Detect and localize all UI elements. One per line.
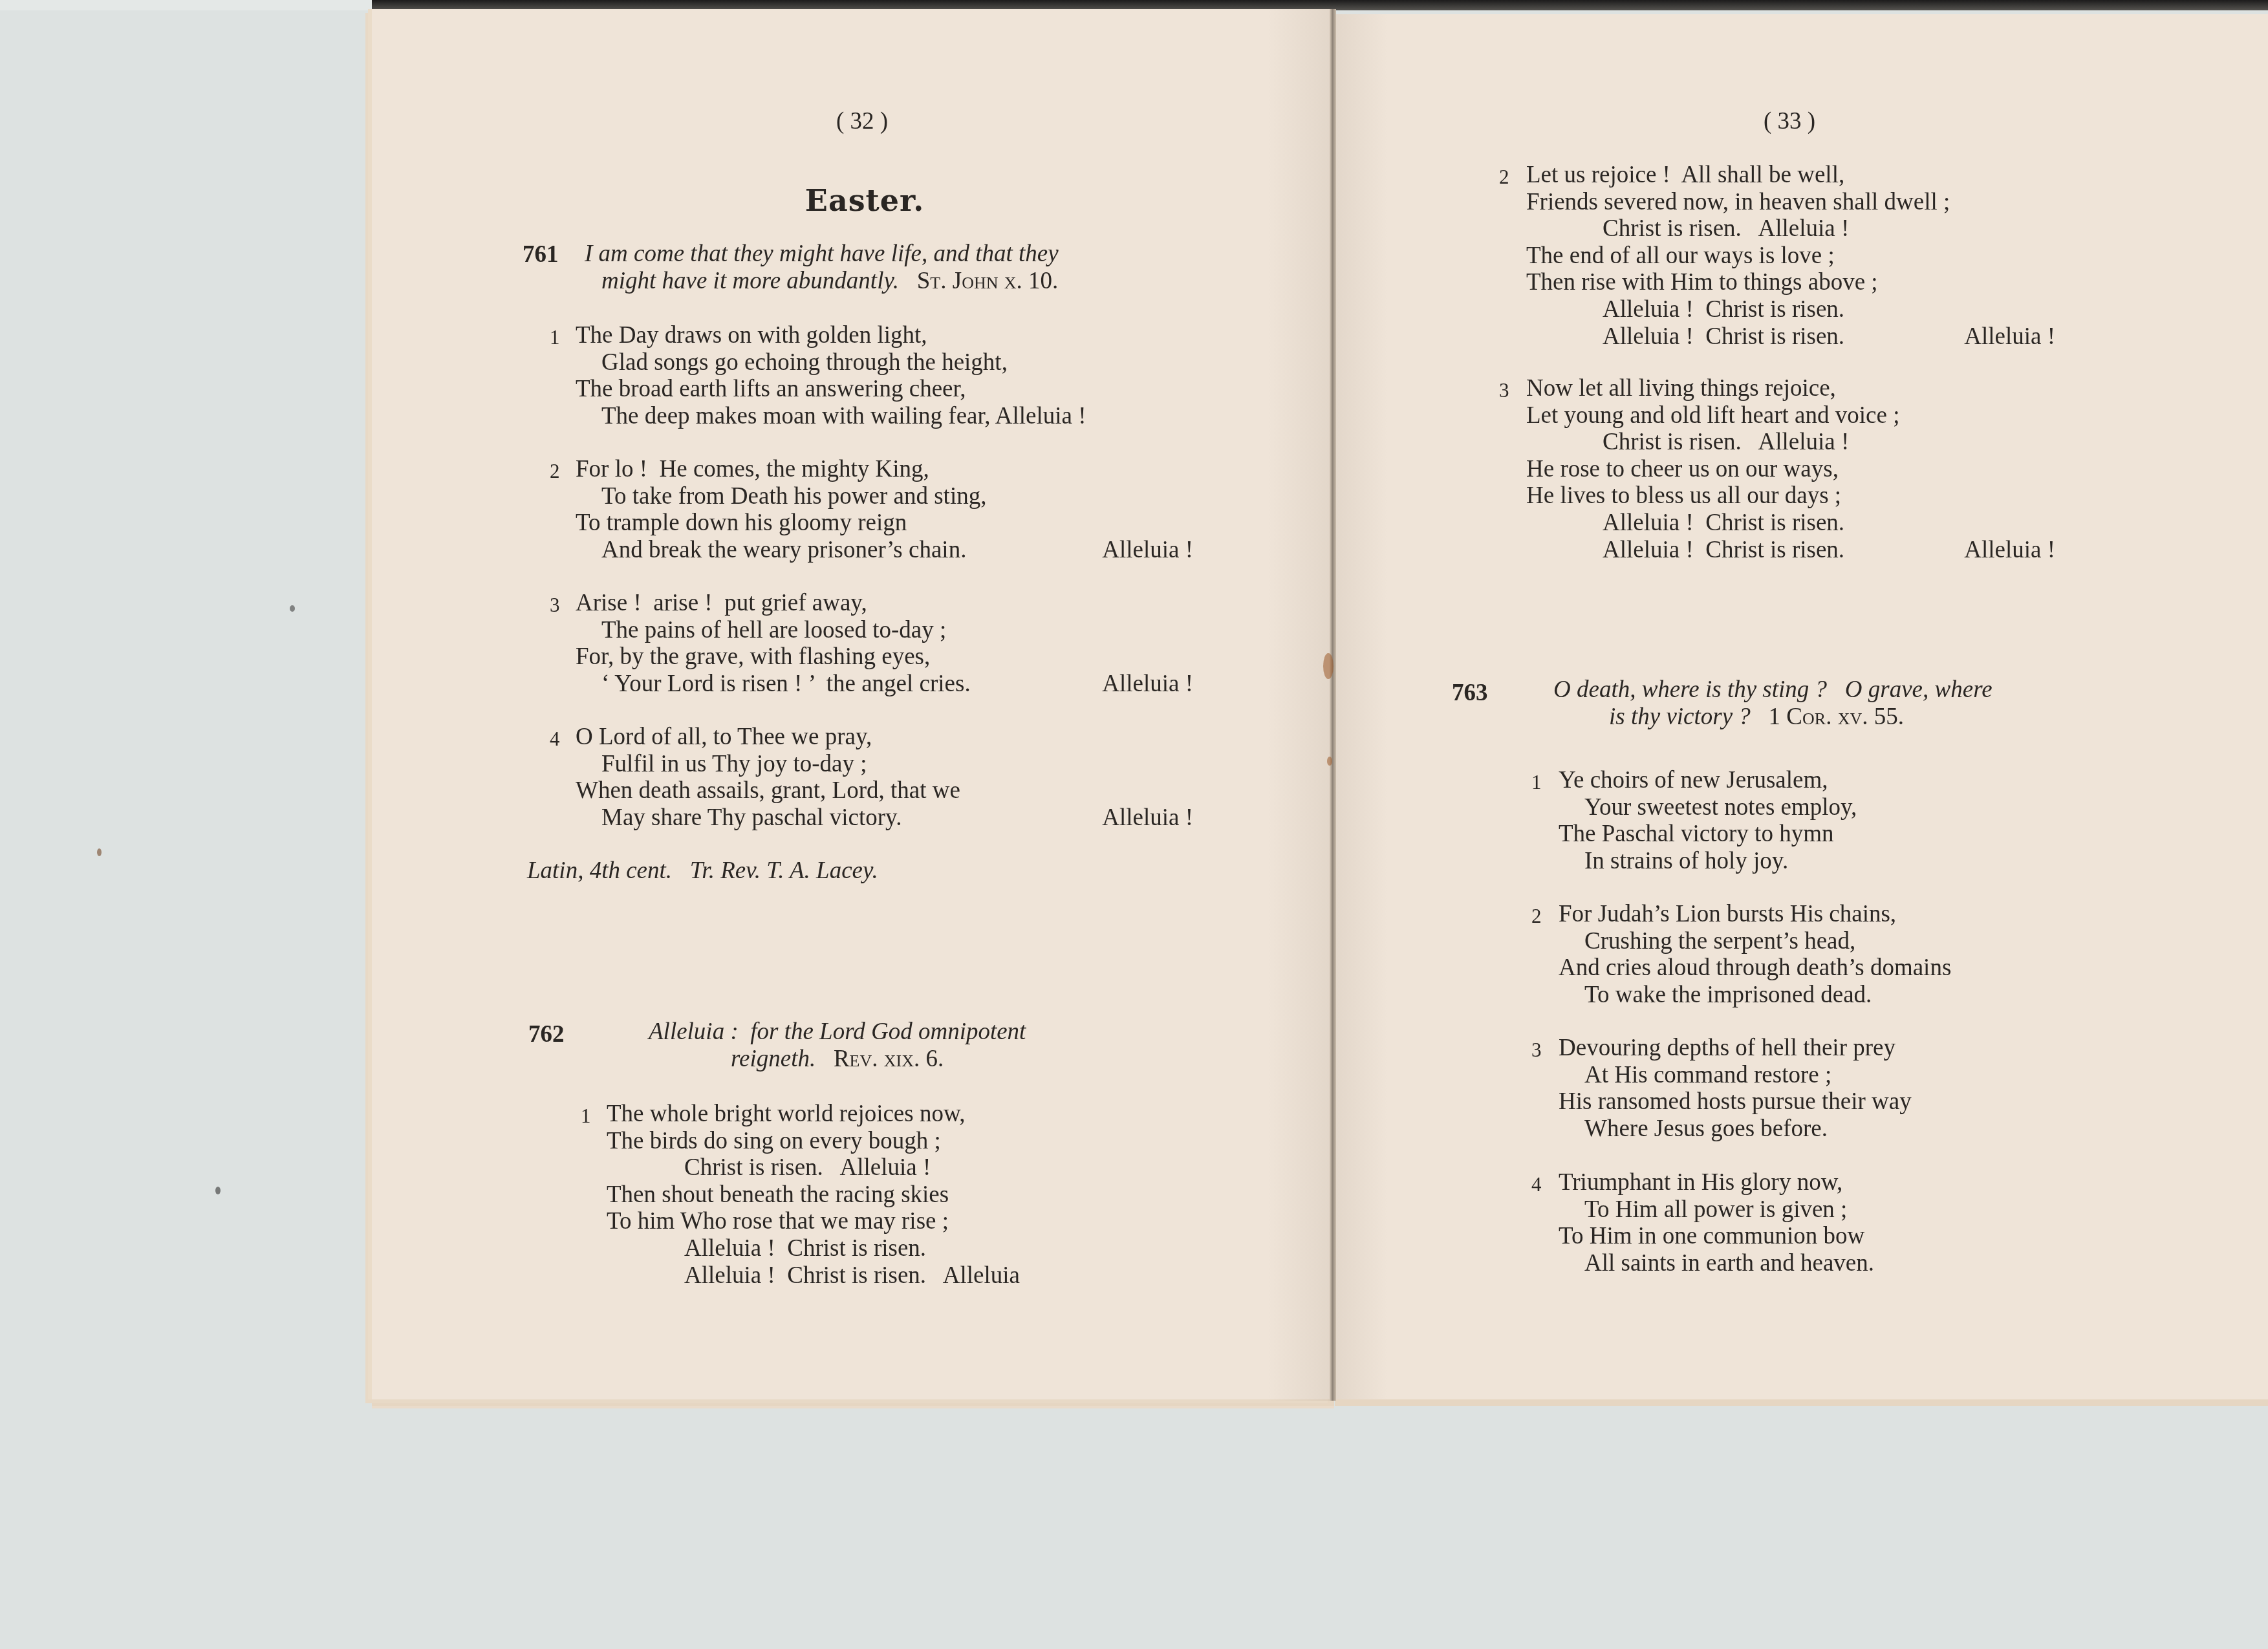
verse-number: 3 bbox=[1499, 379, 1509, 402]
stanza-763-4: 4 Triumphant in His glory now, To Him al… bbox=[1531, 1169, 2049, 1277]
verse-line: The Paschal victory to hymn bbox=[1559, 821, 2049, 848]
verse-line: Now let all living things rejoice, bbox=[1526, 375, 2055, 402]
hymn-attribution-761: Latin, 4th cent. Tr. Rev. T. A. Lacey. bbox=[527, 857, 878, 885]
foxing-stain bbox=[1327, 757, 1332, 766]
verse-line: When death assails, grant, Lord, that we bbox=[576, 777, 1193, 804]
verse-line: To Him all power is given ; bbox=[1559, 1196, 2049, 1223]
verse-number: 3 bbox=[550, 594, 560, 617]
verse-number: 2 bbox=[1531, 905, 1542, 928]
verse-line: To wake the imprisoned dead. bbox=[1559, 982, 2049, 1009]
verse-line: He rose to cheer us on our ways, bbox=[1526, 456, 2055, 483]
verse-line-text: Alleluia ! Christ is risen. bbox=[1603, 323, 1844, 350]
epigraph-761-line2: might have it more abundantly. bbox=[601, 268, 899, 294]
verse-line: The birds do sing on every bough ; bbox=[607, 1128, 1163, 1155]
refrain-alleluia: Alleluia ! bbox=[1964, 537, 2055, 564]
scripture-reference-761: St. John x. 10. bbox=[917, 268, 1058, 294]
verse-line: Alleluia ! Christ is risen. bbox=[1526, 510, 2055, 537]
verse-line: Let us rejoice ! All shall be well, bbox=[1526, 162, 2055, 189]
verse-line: The end of all our ways is love ; bbox=[1526, 242, 2055, 270]
epigraph-762-line2: reigneth. bbox=[731, 1046, 815, 1072]
speck bbox=[290, 605, 295, 612]
verse-number: 4 bbox=[1531, 1173, 1542, 1196]
verse-line: Glad songs go echoing through the height… bbox=[576, 349, 1193, 376]
section-title: Easter. bbox=[805, 183, 924, 218]
epigraph-762-line1: Alleluia : for the Lord God omnipotent bbox=[649, 1018, 1026, 1046]
stanza-763-1: 1 Ye choirs of new Jerusalem, Your sweet… bbox=[1531, 767, 2049, 874]
page-number-left: ( 32 ) bbox=[836, 107, 888, 135]
stanza-763-3: 3 Devouring depths of hell their prey At… bbox=[1531, 1035, 2049, 1142]
book-spine bbox=[1330, 9, 1336, 1401]
verse-line: May share Thy paschal victory.Alleluia ! bbox=[576, 804, 1193, 832]
verse-line: Your sweetest notes employ, bbox=[1559, 794, 2049, 821]
verse-line: Devouring depths of hell their prey bbox=[1559, 1035, 2049, 1062]
verse-line-text: Alleluia ! Christ is risen. bbox=[1603, 537, 1844, 563]
verse-line: ‘ Your Lord is risen ! ’ the angel cries… bbox=[576, 671, 1193, 698]
verse-line: Then shout beneath the racing skies bbox=[607, 1181, 1163, 1209]
verse-line-text: May share Thy paschal victory. bbox=[601, 804, 902, 831]
stanza-761-1: 1 The Day draws on with golden light, Gl… bbox=[550, 322, 1193, 429]
stanza-761-4: 4 O Lord of all, to Thee we pray, Fulfil… bbox=[550, 724, 1193, 831]
verse-line: To take from Death his power and sting, bbox=[576, 483, 1193, 510]
epigraph-763-line2: is thy victory ? bbox=[1609, 704, 1751, 730]
verse-line-text: And break the weary prisoner’s chain. bbox=[601, 537, 966, 563]
epigraph-763-line1: O death, where is thy sting ? O grave, w… bbox=[1553, 676, 1993, 704]
verse-line: The Day draws on with golden light, bbox=[576, 322, 1193, 349]
verse-line: All saints in earth and heaven. bbox=[1559, 1250, 2049, 1277]
refrain-alleluia: Alleluia ! bbox=[1102, 671, 1193, 698]
hymn-number-762: 762 bbox=[528, 1020, 565, 1048]
epigraph-762-line2-wrap: reigneth. Rev. xix. 6. bbox=[731, 1046, 944, 1073]
verse-line: Triumphant in His glory now, bbox=[1559, 1169, 2049, 1196]
verse-line: Alleluia ! Christ is risen. bbox=[607, 1235, 1163, 1262]
gutter-shadow-right bbox=[1336, 14, 1388, 1399]
verse-line: Alleluia ! Christ is risen. bbox=[1526, 296, 2055, 323]
verse-line: His ransomed hosts pursue their way bbox=[1559, 1088, 2049, 1115]
verse-line: And break the weary prisoner’s chain.All… bbox=[576, 537, 1193, 564]
verse-line: To him Who rose that we may rise ; bbox=[607, 1208, 1163, 1235]
verse-line: Christ is risen. Alleluia ! bbox=[1526, 429, 2055, 456]
verse-line: For, by the grave, with flashing eyes, bbox=[576, 643, 1193, 671]
verse-number: 2 bbox=[550, 460, 560, 483]
verse-line: The pains of hell are loosed to-day ; bbox=[576, 617, 1193, 644]
verse-line: And cries aloud through death’s domains bbox=[1559, 954, 2049, 982]
verse-line: Then rise with Him to things above ; bbox=[1526, 269, 2055, 296]
verse-line: Crushing the serpent’s head, bbox=[1559, 928, 2049, 955]
verse-line: Alleluia ! Christ is risen. Alleluia bbox=[607, 1262, 1163, 1289]
verse-line: O Lord of all, to Thee we pray, bbox=[576, 724, 1193, 751]
verse-line: To trample down his gloomy reign bbox=[576, 510, 1193, 537]
verse-number: 1 bbox=[550, 326, 560, 349]
verse-line: The deep makes moan with wailing fear, A… bbox=[576, 403, 1193, 430]
hymn-number-763: 763 bbox=[1452, 679, 1488, 707]
epigraph-761-line1: I am come that they might have life, and… bbox=[585, 241, 1059, 268]
verse-line: Alleluia ! Christ is risen.Alleluia ! bbox=[1526, 323, 2055, 350]
verse-line: Christ is risen. Alleluia ! bbox=[607, 1154, 1163, 1181]
speck bbox=[97, 848, 102, 856]
verse-line: The whole bright world rejoices now, bbox=[607, 1101, 1163, 1128]
verse-line: Fulfil in us Thy joy to-day ; bbox=[576, 751, 1193, 778]
verse-line: To Him in one communion bow bbox=[1559, 1223, 2049, 1250]
verse-line: Alleluia ! Christ is risen.Alleluia ! bbox=[1526, 537, 2055, 564]
verse-line: Let young and old lift heart and voice ; bbox=[1526, 402, 2055, 429]
stanza-761-3: 3 Arise ! arise ! put grief away, The pa… bbox=[550, 590, 1193, 697]
verse-number: 2 bbox=[1499, 166, 1509, 189]
verse-number: 1 bbox=[1531, 771, 1542, 794]
verse-line: Friends severed now, in heaven shall dwe… bbox=[1526, 189, 2055, 216]
gutter-shadow-left bbox=[1268, 9, 1330, 1401]
epigraph-763-line2-wrap: is thy victory ? 1 Cor. xv. 55. bbox=[1609, 704, 1904, 731]
verse-line: Christ is risen. Alleluia ! bbox=[1526, 215, 2055, 242]
stanza-762-2: 2 Let us rejoice ! All shall be well, Fr… bbox=[1499, 162, 2055, 350]
verse-line: Where Jesus goes before. bbox=[1559, 1115, 2049, 1143]
stanza-762-1: 1 The whole bright world rejoices now, T… bbox=[581, 1101, 1163, 1289]
stanza-763-2: 2 For Judah’s Lion bursts His chains, Cr… bbox=[1531, 901, 2049, 1008]
stanza-761-2: 2 For lo ! He comes, the mighty King, To… bbox=[550, 456, 1193, 563]
speck bbox=[215, 1187, 221, 1194]
verse-number: 4 bbox=[550, 727, 560, 751]
verse-line-text: ‘ Your Lord is risen ! ’ the angel cries… bbox=[601, 671, 971, 697]
verse-number: 1 bbox=[581, 1105, 591, 1128]
background-top-left-cover bbox=[0, 0, 372, 10]
verse-line: For Judah’s Lion bursts His chains, bbox=[1559, 901, 2049, 928]
foxing-stain bbox=[1323, 653, 1334, 679]
refrain-alleluia: Alleluia ! bbox=[1964, 323, 2055, 350]
verse-line: Ye choirs of new Jerusalem, bbox=[1559, 767, 2049, 794]
verse-line: He lives to bless us all our days ; bbox=[1526, 482, 2055, 510]
verse-line: In strains of holy joy. bbox=[1559, 848, 2049, 875]
scripture-reference-762: Rev. xix. 6. bbox=[834, 1046, 944, 1072]
epigraph-761-line2-wrap: might have it more abundantly. St. John … bbox=[601, 268, 1058, 295]
verse-line: For lo ! He comes, the mighty King, bbox=[576, 456, 1193, 483]
verse-line: At His command restore ; bbox=[1559, 1062, 2049, 1089]
verse-line: The broad earth lifts an answering cheer… bbox=[576, 376, 1193, 403]
hymn-number-761: 761 bbox=[523, 241, 559, 268]
refrain-alleluia: Alleluia ! bbox=[1102, 537, 1193, 564]
scripture-reference-763: 1 Cor. xv. 55. bbox=[1769, 704, 1904, 730]
stanza-762-3: 3 Now let all living things rejoice, Let… bbox=[1499, 375, 2055, 563]
verse-number: 3 bbox=[1531, 1039, 1542, 1062]
refrain-alleluia: Alleluia ! bbox=[1102, 804, 1193, 832]
page-number-right: ( 33 ) bbox=[1764, 107, 1815, 135]
verse-line: Arise ! arise ! put grief away, bbox=[576, 590, 1193, 617]
